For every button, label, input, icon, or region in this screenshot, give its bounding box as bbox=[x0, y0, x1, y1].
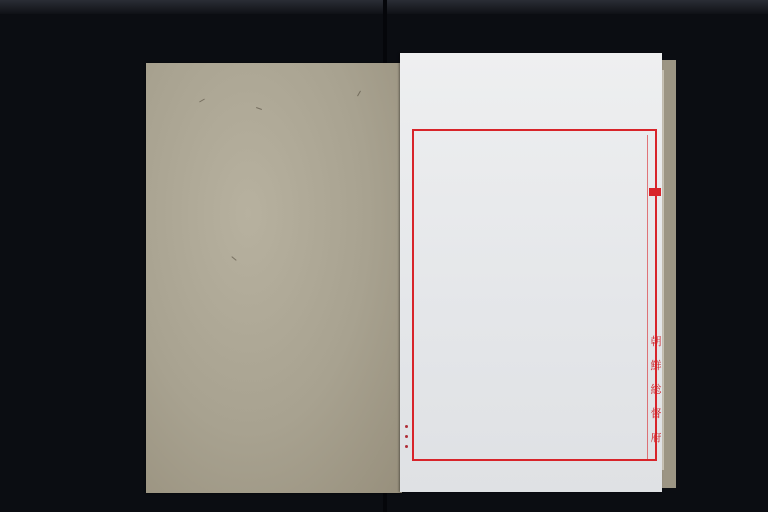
colophon-char: 朝 bbox=[650, 330, 662, 354]
colophon-char: 府 bbox=[650, 426, 662, 450]
paper-fleck bbox=[231, 256, 236, 261]
fishtail-mark bbox=[649, 188, 661, 196]
paper-fleck bbox=[199, 99, 205, 103]
margin-dot bbox=[405, 445, 408, 448]
colophon-char: 鮮 bbox=[650, 354, 662, 378]
book-cover bbox=[146, 63, 402, 493]
publisher-colophon: 朝 鮮 総 督 府 bbox=[650, 330, 662, 450]
red-printed-frame bbox=[412, 129, 657, 461]
red-column-line bbox=[647, 135, 648, 461]
colophon-char: 督 bbox=[650, 402, 662, 426]
margin-dot bbox=[405, 425, 408, 428]
paper-fleck bbox=[256, 107, 262, 110]
margin-marks bbox=[405, 425, 409, 455]
margin-dot bbox=[405, 435, 408, 438]
colophon-char: 総 bbox=[650, 378, 662, 402]
paper-fleck bbox=[357, 91, 361, 97]
